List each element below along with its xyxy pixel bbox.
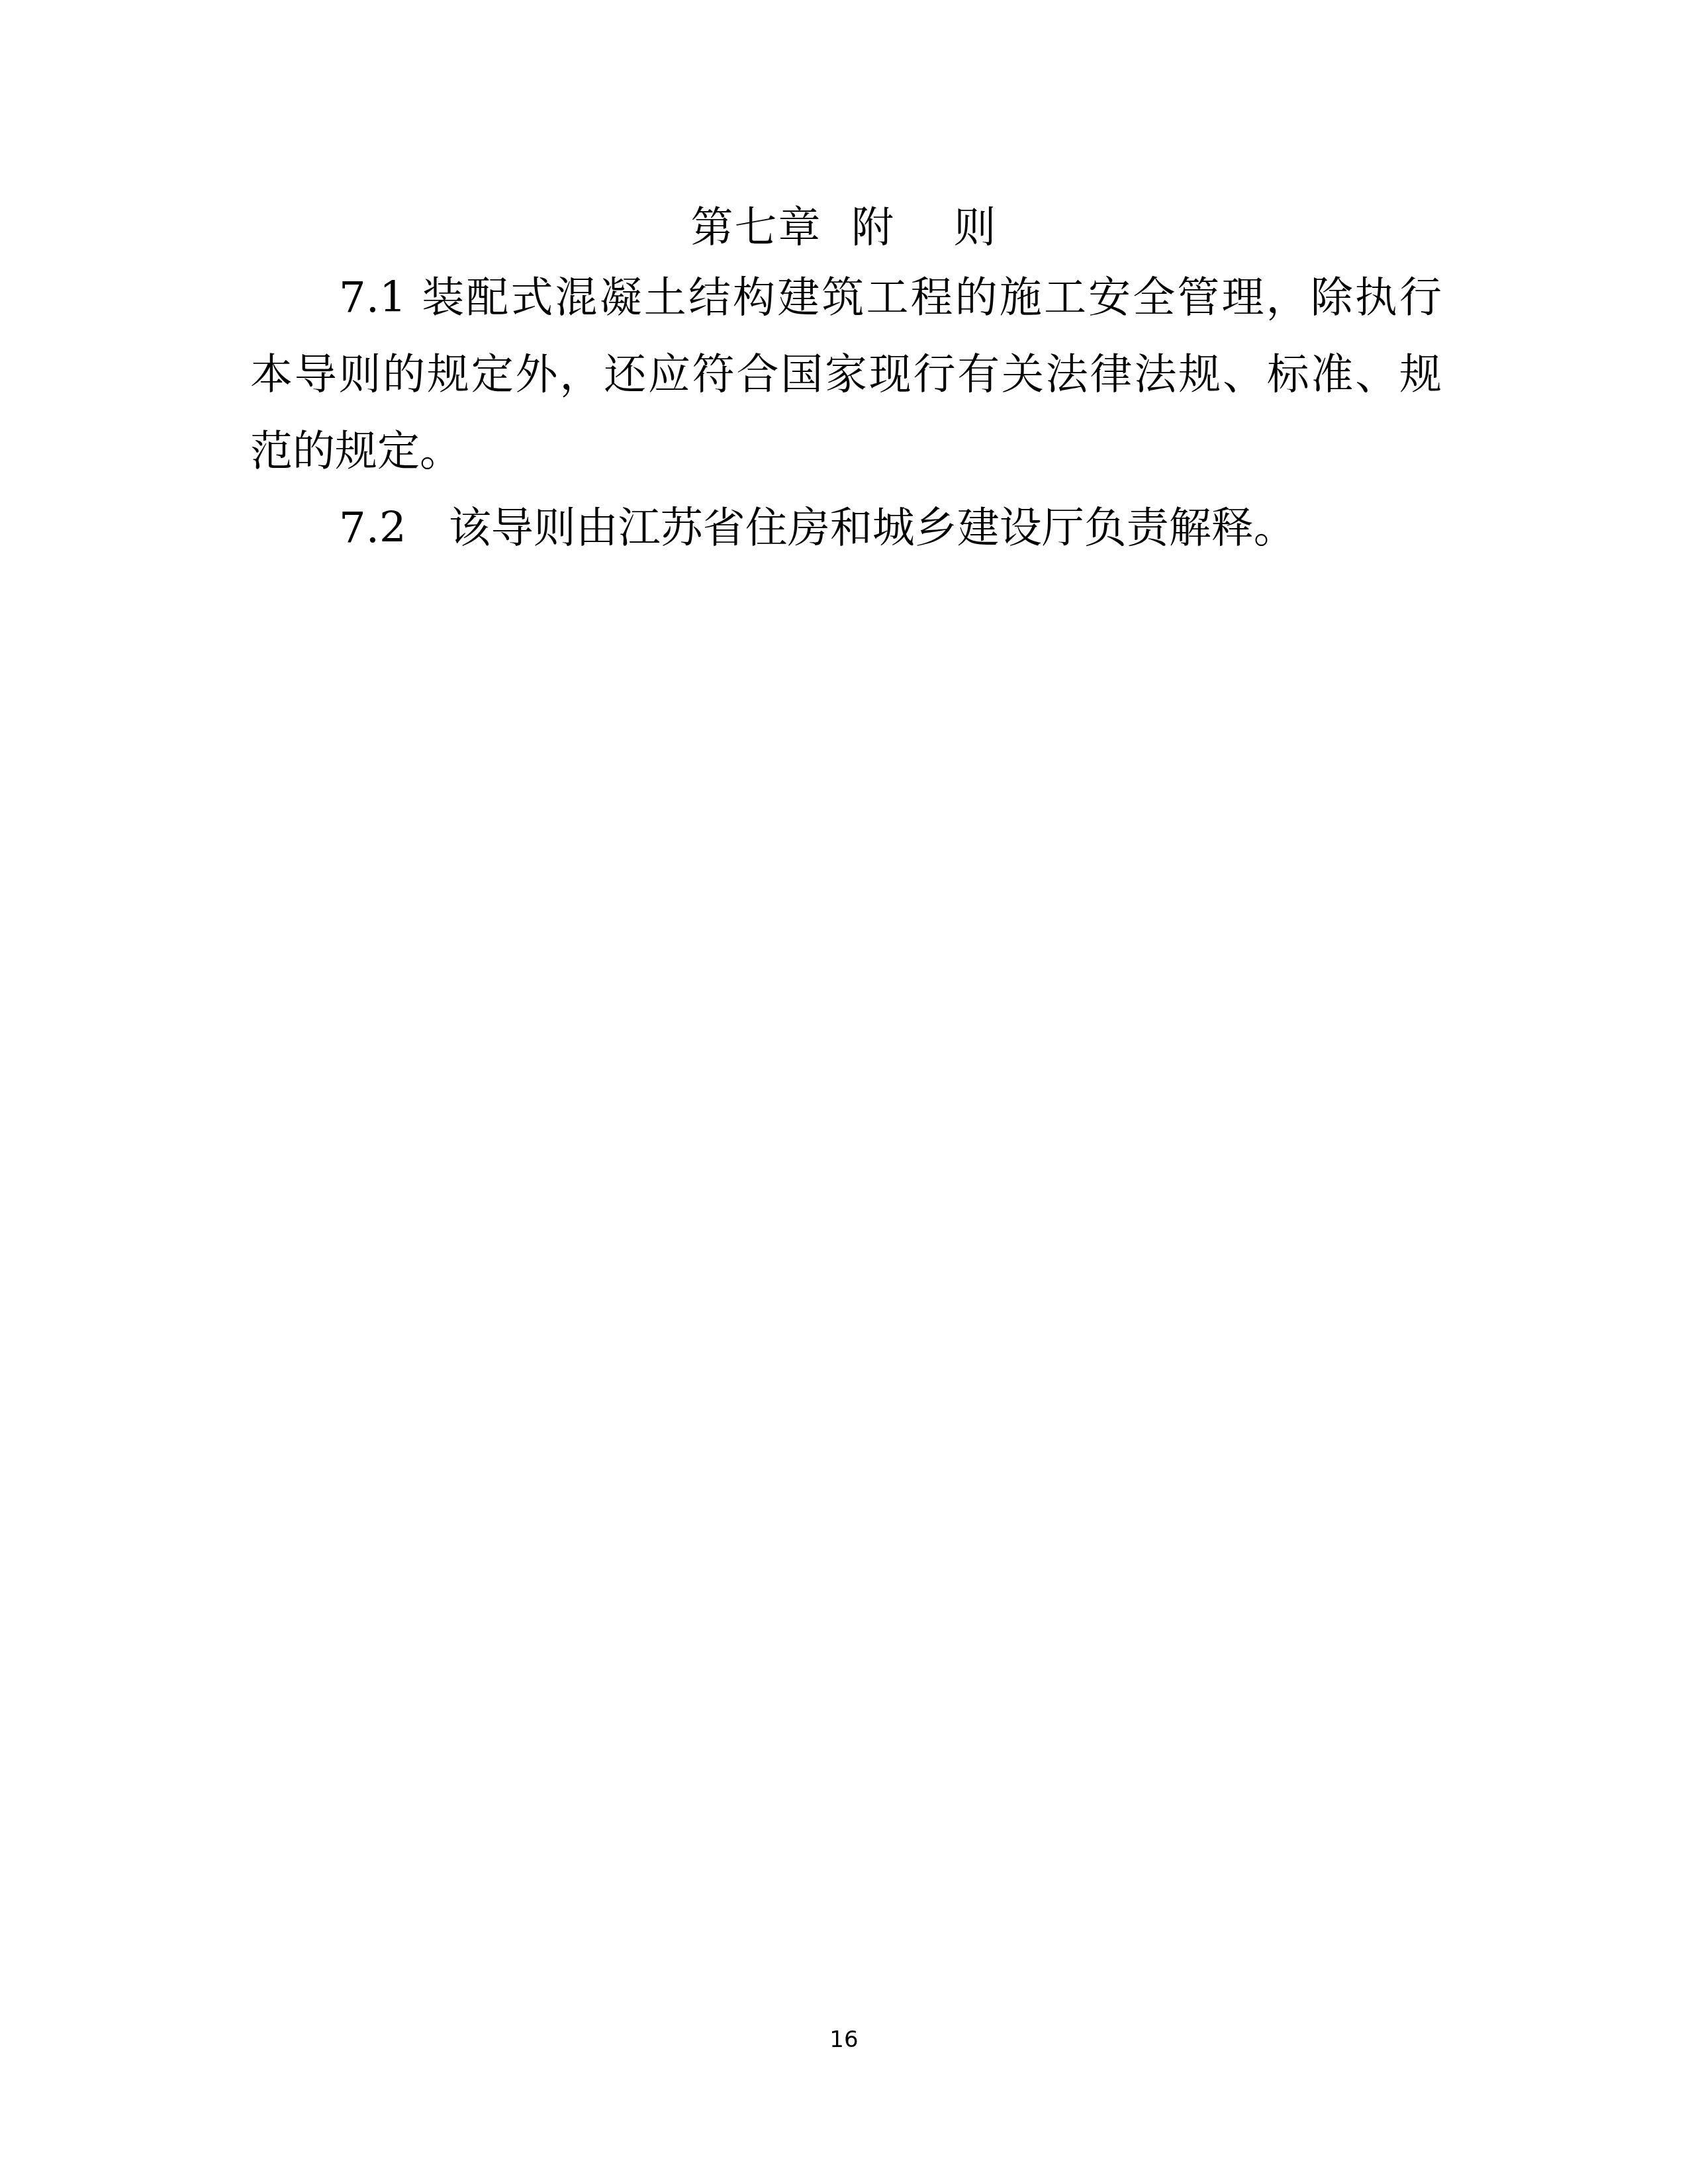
page-number: 16 [0, 2026, 1688, 2053]
chapter-title: 第七章 附 则 [0, 196, 1688, 259]
section-7-2-line-1: 7.2 该导则由江苏省住房和城乡建设厅负责解释。 [339, 496, 1442, 560]
section-7-1-line-3: 范的规定。 [250, 420, 1442, 483]
section-7-1-line-2: 本导则的规定外，还应符合国家现行有关法律法规、标准、规 [250, 343, 1442, 406]
document-page: 第七章 附 则 7.1 装配式混凝土结构建筑工程的施工安全管理，除执行 本导则的… [0, 0, 1688, 2184]
section-7-1-line-1: 7.1 装配式混凝土结构建筑工程的施工安全管理，除执行 [339, 266, 1442, 330]
